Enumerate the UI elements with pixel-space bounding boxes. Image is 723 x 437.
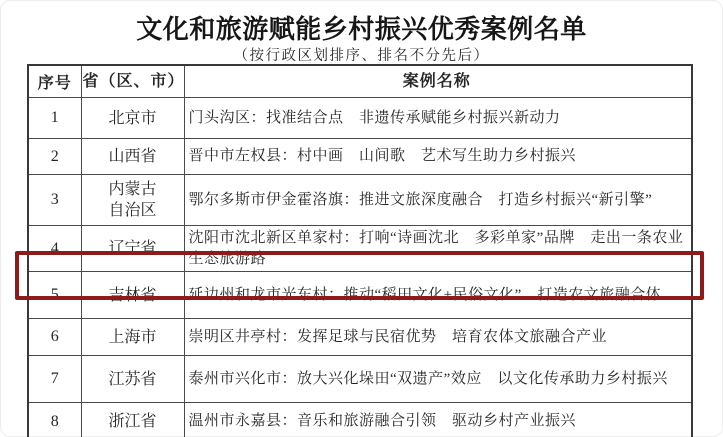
row-index: 7 <box>28 356 81 403</box>
row-index: 6 <box>28 319 81 356</box>
table-row: 1 北京市 门头沟区：找准结合点 非遗传承赋能乡村振兴新动力 <box>28 98 692 139</box>
row-case-name: 晋中市左权县：村中画 山间歌 艺术写生助力乡村振兴 <box>184 139 692 175</box>
header-province: 省（区、市） <box>81 65 184 98</box>
row-province: 上海市 <box>81 319 184 356</box>
table-row: 4 辽宁省 沈阳市沈北新区单家村：打响“诗画沈北 多彩单家”品牌 走出一条农业生… <box>28 226 692 272</box>
header-case-name: 案例名称 <box>184 65 692 98</box>
table-header-row: 序号 省（区、市） 案例名称 <box>28 65 692 98</box>
row-case-name: 沈阳市沈北新区单家村：打响“诗画沈北 多彩单家”品牌 走出一条农业生态旅游路 <box>184 226 692 272</box>
row-province: 辽宁省 <box>81 226 184 272</box>
row-index: 5 <box>28 272 81 319</box>
row-index: 1 <box>28 98 81 139</box>
row-index: 2 <box>28 139 81 175</box>
row-case-name: 泰州市兴化市：放大兴化垛田“双遗产”效应 以文化传承助力乡村振兴 <box>184 356 692 403</box>
row-case-name: 门头沟区：找准结合点 非遗传承赋能乡村振兴新动力 <box>184 98 692 139</box>
row-case-name: 延边州和龙市光东村：推动“稻田文化+民俗文化” 打造农文旅融合体 <box>184 272 692 319</box>
row-case-name: 崇明区井亭村：发挥足球与民宿优势 培育农体文旅融合产业 <box>184 319 692 356</box>
page-subtitle: （按行政区划排序、排名不分先后） <box>0 44 723 65</box>
row-province: 浙江省 <box>81 403 184 437</box>
row-province: 内蒙古 自治区 <box>81 175 184 226</box>
row-province: 北京市 <box>81 98 184 139</box>
table-row: 7 江苏省 泰州市兴化市：放大兴化垛田“双遗产”效应 以文化传承助力乡村振兴 <box>28 356 692 403</box>
row-case-name: 温州市永嘉县：音乐和旅游融合引领 驱动乡村产业振兴 <box>184 403 692 437</box>
row-index: 8 <box>28 403 81 437</box>
row-province: 山西省 <box>81 139 184 175</box>
row-province: 吉林省 <box>81 272 184 319</box>
cases-table: 序号 省（区、市） 案例名称 1 北京市 门头沟区：找准结合点 非遗传承赋能乡村… <box>27 64 693 437</box>
row-case-name: 鄂尔多斯市伊金霍洛旗：推进文旅深度融合 打造乡村振兴“新引擎” <box>184 175 692 226</box>
table-row: 6 上海市 崇明区井亭村：发挥足球与民宿优势 培育农体文旅融合产业 <box>28 319 692 356</box>
row-index: 3 <box>28 175 81 226</box>
row-index: 4 <box>28 226 81 272</box>
header-index: 序号 <box>28 65 81 98</box>
table-row: 2 山西省 晋中市左权县：村中画 山间歌 艺术写生助力乡村振兴 <box>28 139 692 175</box>
row-province: 江苏省 <box>81 356 184 403</box>
table-row: 8 浙江省 温州市永嘉县：音乐和旅游融合引领 驱动乡村产业振兴 <box>28 403 692 437</box>
page-title: 文化和旅游赋能乡村振兴优秀案例名单 <box>0 9 723 46</box>
table-row-highlighted: 5 吉林省 延边州和龙市光东村：推动“稻田文化+民俗文化” 打造农文旅融合体 <box>28 272 692 319</box>
table-row: 3 内蒙古 自治区 鄂尔多斯市伊金霍洛旗：推进文旅深度融合 打造乡村振兴“新引擎… <box>28 175 692 226</box>
